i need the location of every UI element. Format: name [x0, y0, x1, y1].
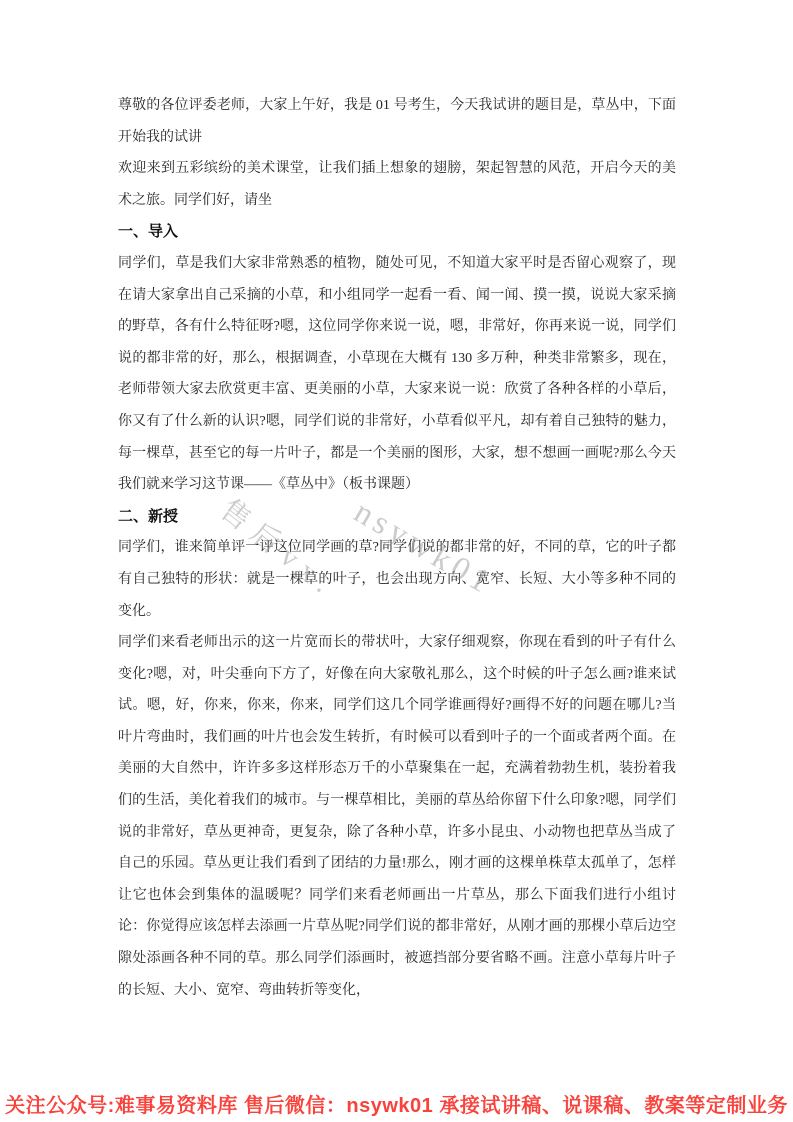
section-heading-new-lesson: 二、新授: [118, 501, 676, 533]
document-body: 尊敬的各位评委老师，大家上午好，我是 01 号考生，今天我试讲的题目是，草丛中，…: [118, 90, 676, 1006]
greeting-paragraph: 欢迎来到五彩缤纷的美术课堂，让我们插上想象的翅膀，架起智慧的风范，开启今天的美术…: [118, 153, 676, 216]
section-heading-import: 一、导入: [118, 216, 676, 248]
new-lesson-paragraph-2: 同学们来看老师出示的这一片宽而长的带状叶，大家仔细观察，你现在看到的叶子有什么变…: [118, 627, 676, 1006]
footer-banner: 关注公众号:难事易资料库 售后微信：nsywk01 承接试讲稿、说课稿、教案等定…: [0, 1089, 793, 1118]
footer-promo-text: 关注公众号:难事易资料库 售后微信：nsywk01 承接试讲稿、说课稿、教案等定…: [5, 1095, 788, 1117]
import-section-paragraph: 同学们，草是我们大家非常熟悉的植物，随处可见，不知道大家平时是否留心观察了，现在…: [118, 248, 676, 501]
new-lesson-paragraph-1: 同学们，谁来简单评一评这位同学画的草?同学们说的都非常的好，不同的草，它的叶子都…: [118, 532, 676, 627]
page: 尊敬的各位评委老师，大家上午好，我是 01 号考生，今天我试讲的题目是，草丛中，…: [0, 0, 793, 1122]
opening-paragraph: 尊敬的各位评委老师，大家上午好，我是 01 号考生，今天我试讲的题目是，草丛中，…: [118, 90, 676, 153]
